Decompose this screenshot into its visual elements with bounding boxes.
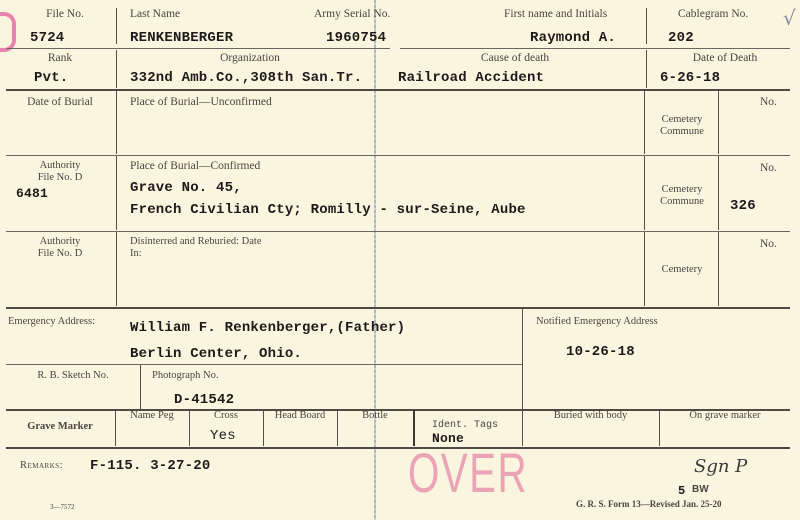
blue-pencil-line [374, 0, 376, 520]
first-name-label: First name and Initials [504, 8, 607, 20]
divider [116, 8, 117, 44]
divider [116, 50, 117, 88]
name-peg-label: Name Peg [116, 410, 188, 421]
divider [116, 232, 117, 306]
cemetery-no-value: 326 [730, 198, 756, 214]
initials-number: 5 [678, 484, 685, 498]
cemetery-label: Cemetery [646, 264, 718, 275]
cemetery-commune-label: CemeteryCommune [646, 114, 718, 138]
on-grave-marker-label: On grave marker [660, 410, 790, 421]
rank-value: Pvt. [34, 70, 68, 86]
grave-marker-label: Grave Marker [6, 421, 114, 432]
buried-with-body-label: Buried with body [523, 410, 658, 421]
rule [6, 155, 790, 156]
file-no-label: File No. [30, 8, 100, 20]
file-no-value: 5724 [30, 30, 64, 46]
rb-sketch-label: R. B. Sketch No. [8, 370, 138, 381]
divider [646, 8, 647, 44]
grave-registration-card: √ File No. 5724 Last Name RENKENBERGER A… [0, 0, 800, 520]
organization-label: Organization [130, 52, 370, 64]
divider [718, 232, 719, 306]
divider [644, 156, 645, 230]
place-confirmed-label: Place of Burial—Confirmed [130, 160, 260, 172]
date-of-death-value: 6-26-18 [660, 70, 720, 86]
date-of-burial-label: Date of Burial [6, 96, 114, 108]
initials: BW [692, 484, 709, 495]
signature: Sgn P [694, 456, 747, 477]
cemetery-commune-label: CemeteryCommune [646, 184, 718, 208]
notified-emergency-label: Notified Emergency Address [536, 316, 658, 327]
divider [522, 309, 523, 409]
place-unconfirmed-label: Place of Burial—Unconfirmed [130, 96, 272, 108]
emergency-address-label: Emergency Address: [8, 316, 95, 327]
divider [116, 90, 117, 154]
divider [116, 156, 117, 230]
divider [140, 365, 141, 409]
date-of-death-label: Date of Death [660, 52, 790, 64]
print-code: 3—7572 [50, 503, 75, 511]
cross-value: Yes [210, 428, 236, 444]
rule [6, 231, 790, 232]
rule [400, 48, 790, 49]
rule [6, 364, 522, 365]
photograph-label: Photograph No. [152, 370, 219, 381]
rank-label: Rank [20, 52, 100, 64]
authority-file-value: 6481 [16, 186, 48, 201]
last-name-label: Last Name [130, 8, 180, 20]
cablegram-no-value: 202 [668, 30, 694, 46]
over-stamp: OVER [408, 440, 528, 505]
last-name-value: RENKENBERGER [130, 30, 233, 46]
divider [718, 90, 719, 154]
photograph-value: D-41542 [174, 392, 234, 408]
check-mark-icon: √ [783, 6, 796, 30]
remarks-value: F-115. 3-27-20 [90, 458, 210, 474]
first-name-value: Raymond A. [530, 30, 616, 46]
place-confirmed-line2: French Civilian Cty; Romilly - sur-Seine… [130, 202, 526, 218]
no-label: No. [760, 96, 777, 108]
army-serial-label: Army Serial No. [314, 8, 390, 20]
ident-tags-label: Ident. Tags [432, 420, 498, 431]
divider [646, 50, 647, 88]
rule [6, 307, 790, 309]
notified-emergency-value: 10-26-18 [566, 344, 635, 360]
rule [6, 48, 390, 49]
bottle-label: Bottle [338, 410, 412, 421]
divider [718, 156, 719, 230]
authority-file-label: AuthorityFile No. D [6, 160, 114, 184]
rule [6, 447, 790, 449]
remarks-label: Remarks: [20, 460, 63, 471]
emergency-address-line2: Berlin Center, Ohio. [130, 346, 302, 362]
authority-file-label: AuthorityFile No. D [6, 236, 114, 260]
cross-label: Cross [190, 410, 262, 421]
cause-of-death-label: Cause of death [390, 52, 640, 64]
organization-value: 332nd Amb.Co.,308th San.Tr. [130, 70, 362, 86]
head-board-label: Head Board [264, 410, 336, 421]
cablegram-no-label: Cablegram No. [678, 8, 748, 20]
emergency-address-line1: William F. Renkenberger,(Father) [130, 320, 405, 336]
divider [644, 232, 645, 306]
army-serial-value: 1960754 [326, 30, 386, 46]
cause-of-death-value: Railroad Accident [398, 70, 544, 86]
disinterred-label: Disinterred and Reburied: DateIn: [130, 236, 262, 260]
pink-pencil-mark [0, 12, 16, 52]
no-label: No. [760, 238, 777, 250]
no-label: No. [760, 162, 777, 174]
place-confirmed-line1: Grave No. 45, [130, 180, 242, 196]
form-label: G. R. S. Form 13—Revised Jan. 25-20 [576, 499, 722, 509]
divider [644, 90, 645, 154]
rule [6, 89, 790, 91]
